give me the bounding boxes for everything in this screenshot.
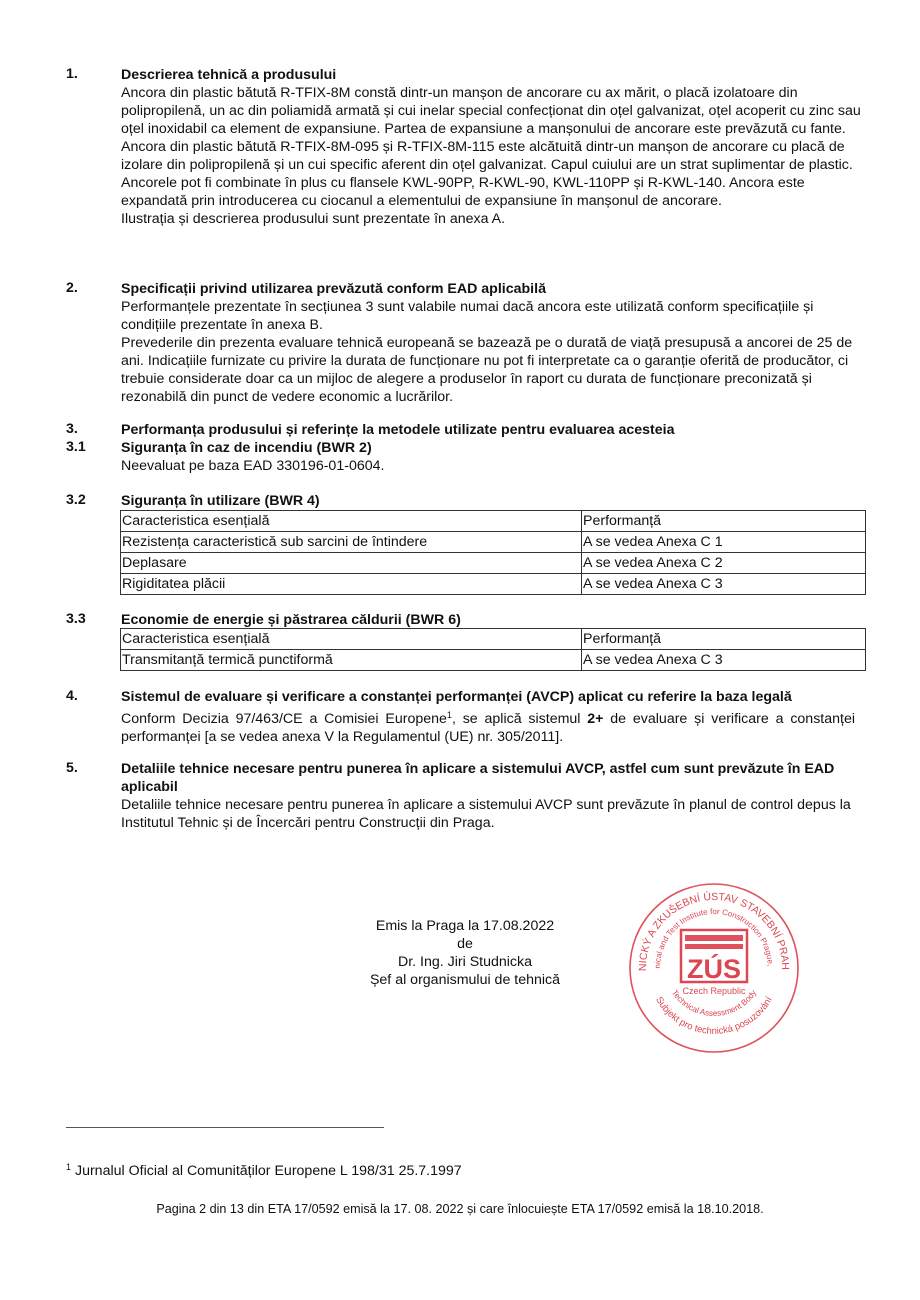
signature-by: de: [340, 935, 590, 953]
section-1-paragraph: Ancora din plastic bătută R-TFIX-8M-095 …: [121, 138, 861, 174]
section-1-paragraph: Ancorele pot fi combinate în plus cu fla…: [121, 174, 861, 210]
section-4-text-part: , se aplică sistemul: [452, 711, 587, 727]
avcp-system: 2+: [587, 711, 603, 727]
table-row: Rigiditatea plăcii A se vedea Anexa C 3: [121, 574, 866, 595]
section-5: Detaliile tehnice necesare pentru punere…: [121, 760, 857, 832]
table-cell: Rezistența caracteristică sub sarcini de…: [121, 532, 582, 553]
table-header-cell: Caracteristica esențială: [121, 629, 582, 650]
table-header-cell: Caracteristica esențială: [121, 511, 582, 532]
table-header-cell: Performanță: [582, 511, 866, 532]
table-header-cell: Performanță: [582, 629, 866, 650]
zus-logo: ZÚS: [681, 930, 747, 984]
section-3-3: Economie de energie și păstrarea călduri…: [121, 611, 861, 629]
table-row: Rezistența caracteristică sub sarcini de…: [121, 532, 866, 553]
table-cell: Transmitanță termică punctiformă: [121, 650, 582, 671]
footnote-text: Jurnalul Oficial al Comunităților Europe…: [75, 1163, 462, 1179]
svg-text:ZÚS: ZÚS: [687, 953, 741, 984]
section-3-2-number: 3.2: [66, 492, 86, 508]
section-1-paragraph: Ancora din plastic bătută R-TFIX-8M cons…: [121, 84, 861, 138]
section-3: Performanța produsului și referințe la m…: [121, 421, 861, 439]
section-3-title: Performanța produsului și referințe la m…: [121, 421, 861, 439]
section-2: Specificații privind utilizarea prevăzut…: [121, 280, 861, 406]
table-row: Deplasare A se vedea Anexa C 2: [121, 553, 866, 574]
bwr4-performance-table: Caracteristica esențială Performanță Rez…: [120, 510, 866, 595]
footnote-mark: 1: [66, 1162, 71, 1172]
section-3-1-title: Siguranța în caz de incendiu (BWR 2): [121, 439, 861, 457]
stamp-country-text: Czech Republic: [682, 986, 746, 996]
section-2-paragraph: Prevederile din prezenta evaluare tehnic…: [121, 334, 861, 406]
section-4-number: 4.: [66, 688, 78, 704]
signatory-name: Dr. Ing. Jiri Studnicka: [340, 953, 590, 971]
section-3-3-title: Economie de energie și păstrarea călduri…: [121, 611, 861, 629]
signature-block: Emis la Praga la 17.08.2022 de Dr. Ing. …: [340, 917, 590, 989]
section-2-paragraph: Performanțele prezentate în secțiunea 3 …: [121, 298, 861, 334]
section-3-number: 3.: [66, 421, 78, 437]
section-2-number: 2.: [66, 280, 78, 296]
issued-place-date: Emis la Praga la 17.08.2022: [340, 917, 590, 935]
section-4-text-part: Conform Decizia 97/463/CE a Comisiei Eur…: [121, 711, 447, 727]
section-5-number: 5.: [66, 760, 78, 776]
section-5-title: Detaliile tehnice necesare pentru punere…: [121, 760, 857, 796]
table-row: Transmitanță termică punctiformă A se ve…: [121, 650, 866, 671]
table-cell: A se vedea Anexa C 3: [582, 574, 866, 595]
official-stamp-icon: TECHNICKÝ A ZKUŠEBNÍ ÚSTAV STAVEBNÍ PRAH…: [626, 880, 802, 1056]
bwr6-performance-table: Caracteristica esențială Performanță Tra…: [120, 628, 866, 671]
section-1: Descrierea tehnică a produsului Ancora d…: [121, 66, 861, 228]
table-cell: Rigiditatea plăcii: [121, 574, 582, 595]
footnote-divider: [66, 1127, 384, 1128]
signatory-role: Șef al organismului de tehnică: [340, 971, 590, 989]
section-1-paragraph: Ilustrația și descrierea produsului sunt…: [121, 210, 861, 228]
section-2-title: Specificații privind utilizarea prevăzut…: [121, 280, 861, 298]
section-3-3-number: 3.3: [66, 611, 86, 627]
section-4-title: Sistemul de evaluare și verificare a con…: [121, 688, 855, 706]
section-3-1: Siguranța în caz de incendiu (BWR 2) Nee…: [121, 439, 861, 475]
footnote: 1 Jurnalul Oficial al Comunităților Euro…: [66, 1162, 462, 1179]
section-1-title: Descrierea tehnică a produsului: [121, 66, 861, 84]
table-cell: Deplasare: [121, 553, 582, 574]
table-header-row: Caracteristica esențială Performanță: [121, 511, 866, 532]
page-footer: Pagina 2 din 13 din ETA 17/0592 emisă la…: [0, 1202, 920, 1216]
table-cell: A se vedea Anexa C 3: [582, 650, 866, 671]
section-4-text: Conform Decizia 97/463/CE a Comisiei Eur…: [121, 706, 855, 746]
section-3-2-title: Siguranța în utilizare (BWR 4): [121, 492, 861, 510]
section-4: Sistemul de evaluare și verificare a con…: [121, 688, 855, 746]
section-3-2: Siguranța în utilizare (BWR 4): [121, 492, 861, 510]
table-cell: A se vedea Anexa C 2: [582, 553, 866, 574]
section-1-number: 1.: [66, 66, 78, 82]
section-3-1-number: 3.1: [66, 439, 86, 455]
table-cell: A se vedea Anexa C 1: [582, 532, 866, 553]
section-5-text: Detaliile tehnice necesare pentru punere…: [121, 796, 857, 832]
section-3-1-text: Neevaluat pe baza EAD 330196-01-0604.: [121, 457, 861, 475]
table-header-row: Caracteristica esențială Performanță: [121, 629, 866, 650]
